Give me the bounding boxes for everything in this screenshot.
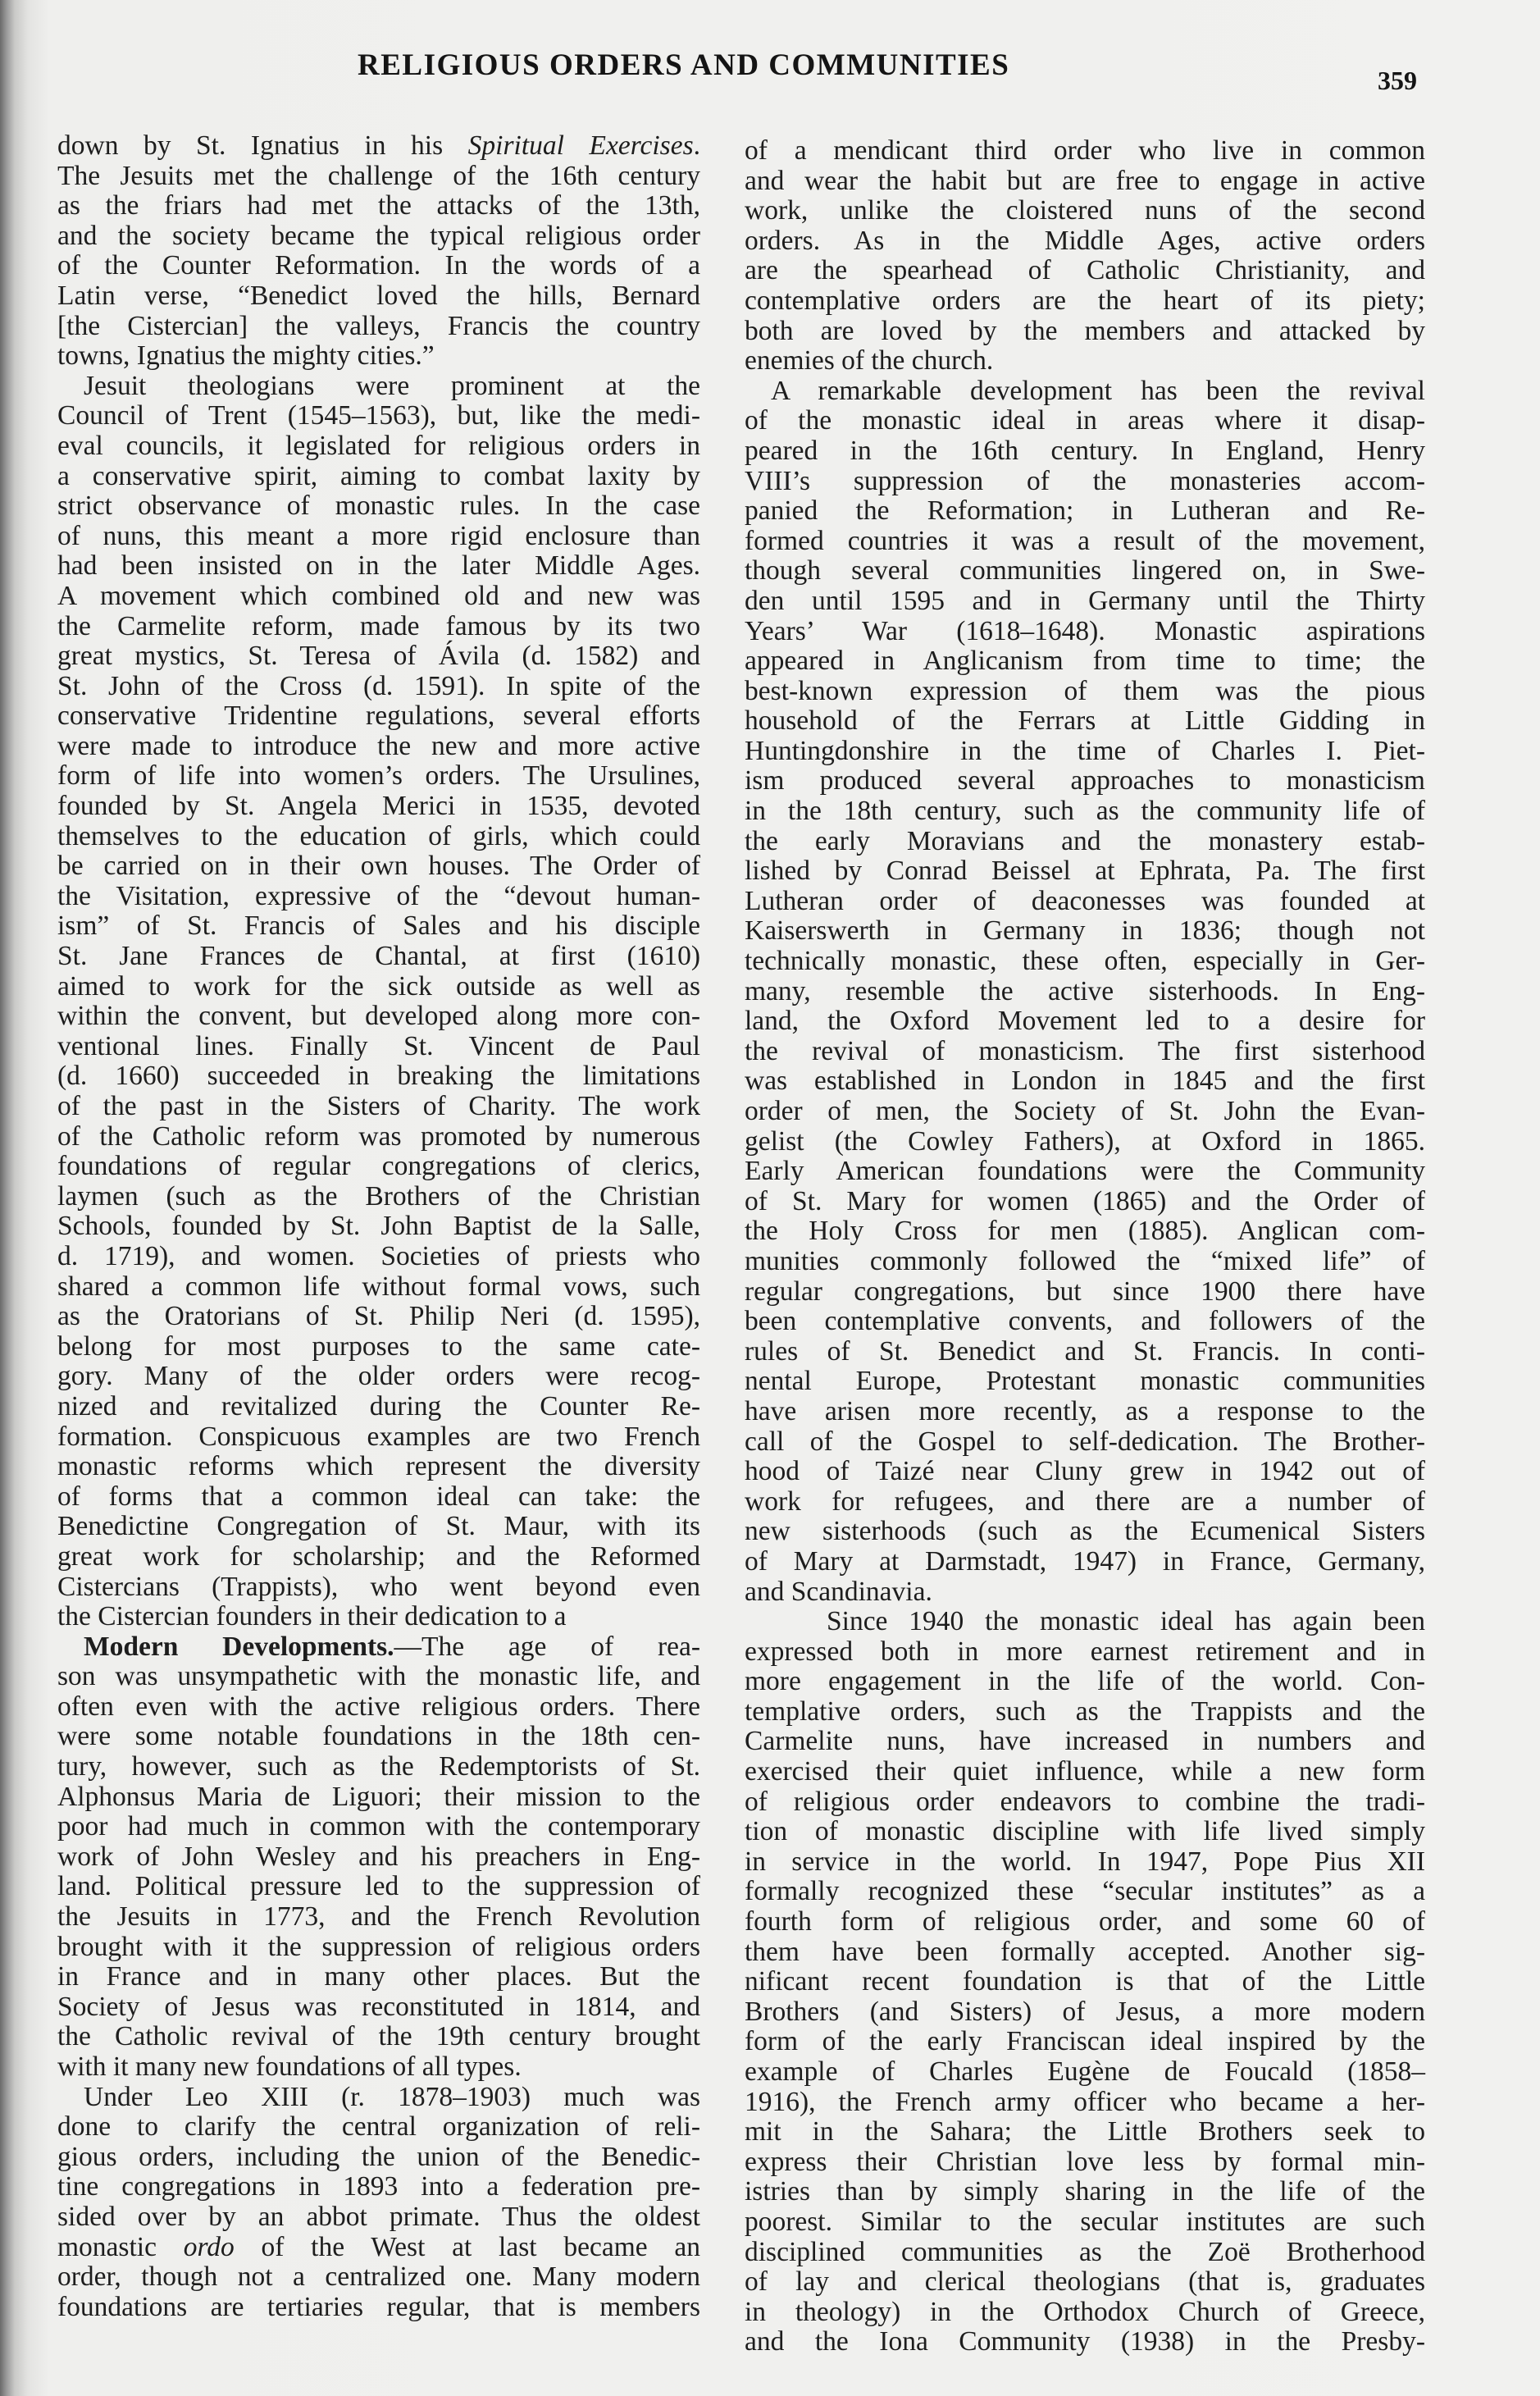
text-line: son was unsympathetic with the monastic …: [57, 1662, 700, 1692]
text-line: of lay and clerical theologians (that is…: [745, 2267, 1425, 2298]
text-line: istries than by simply sharing in the li…: [745, 2177, 1425, 2207]
text-line: Benedictine Congregation of St. Maur, wi…: [57, 1512, 700, 1542]
text-line: Schools, founded by St. John Baptist de …: [57, 1212, 700, 1242]
text-line: were made to introduce the new and more …: [57, 732, 700, 762]
text-line: been contemplative convents, and followe…: [745, 1307, 1425, 1337]
text-line: land. Political pressure led to the supp…: [57, 1872, 700, 1902]
text-line: of the Counter Reformation. In the words…: [57, 251, 700, 281]
text-line: formed countries it was a result of the …: [745, 527, 1425, 557]
text-line: appeared in Anglicanism from time to tim…: [745, 646, 1425, 677]
text-line: as the Oratorians of St. Philip Neri (d.…: [57, 1302, 700, 1332]
text-line: order of men, the Society of St. John th…: [745, 1097, 1425, 1127]
text-line: call of the Gospel to self-dedication. T…: [745, 1427, 1425, 1458]
text-line: 1916), the French army officer who becam…: [745, 2088, 1425, 2118]
text-line: foundations are tertiaries regular, that…: [57, 2293, 700, 2323]
text-line: belong for most purposes to the same cat…: [57, 1332, 700, 1362]
text-line: the Catholic revival of the 19th century…: [57, 2022, 700, 2052]
text-line: though several communities lingered on, …: [745, 556, 1425, 586]
text-line: Under Leo XIII (r. 1878–1903) much was: [57, 2083, 700, 2113]
text-line: more engagement in the life of the world…: [745, 1667, 1425, 1697]
text-line: contemplative orders are the heart of it…: [745, 286, 1425, 317]
text-line: of St. Mary for women (1865) and the Ord…: [745, 1187, 1425, 1217]
text-line: monastic ordo of the West at last became…: [57, 2233, 700, 2263]
text-line: had been insisted on in the later Middle…: [57, 551, 700, 582]
text-line: St. John of the Cross (d. 1591). In spit…: [57, 672, 700, 702]
text-line: new sisterhoods (such as the Ecumenical …: [745, 1517, 1425, 1547]
text-line: nental Europe, Protestant monastic commu…: [745, 1367, 1425, 1397]
text-line: Kaiserswerth in Germany in 1836; though …: [745, 916, 1425, 947]
text-line: example of Charles Eugène de Foucald (18…: [745, 2057, 1425, 2088]
text-line: formally recognized these “secular insti…: [745, 1877, 1425, 1907]
text-line: Lutheran order of deaconesses was founde…: [745, 887, 1425, 917]
text-line: form of the early Franciscan ideal inspi…: [745, 2027, 1425, 2057]
paragraph: Since 1940 the monastic ideal has again …: [745, 1607, 1425, 2357]
text-line: munities commonly followed the “mixed li…: [745, 1247, 1425, 1277]
text-line: land, the Oxford Movement led to a desir…: [745, 1006, 1425, 1037]
text-line: towns, Ignatius the mighty cities.”: [57, 341, 700, 372]
text-line: down by St. Ignatius in his Spiritual Ex…: [57, 131, 700, 162]
text-line: and wear the habit but are free to engag…: [745, 167, 1425, 197]
text-line: and Scandinavia.: [745, 1577, 1425, 1608]
text-line: the revival of monasticism. The first si…: [745, 1037, 1425, 1067]
text-line: Alphonsus Maria de Liguori; their missio…: [57, 1782, 700, 1813]
text-line: Latin verse, “Benedict loved the hills, …: [57, 281, 700, 312]
text-line: The Jesuits met the challenge of the 16t…: [57, 162, 700, 192]
text-line: shared a common life without formal vows…: [57, 1272, 700, 1303]
text-run: —The age of rea-: [394, 1632, 700, 1662]
paragraph: Jesuit theologians were prominent at the…: [57, 372, 700, 1632]
text-line: gelist (the Cowley Fathers), at Oxford i…: [745, 1127, 1425, 1157]
text-line: expressed both in more earnest retiremen…: [745, 1637, 1425, 1668]
text-line: of the past in the Sisters of Charity. T…: [57, 1092, 700, 1122]
text-line: founded by St. Angela Merici in 1535, de…: [57, 792, 700, 822]
text-line: gious orders, including the union of the…: [57, 2143, 700, 2173]
text-line: work for refugees, and there are a numbe…: [745, 1487, 1425, 1517]
right-column: of a mendicant third order who live in c…: [745, 136, 1425, 2357]
text-line: ism produced several approaches to monas…: [745, 766, 1425, 796]
text-line: have arisen more recently, as a response…: [745, 1397, 1425, 1427]
text-line: Modern Developments.—The age of rea-: [57, 1632, 700, 1663]
text-line: a conservative spirit, aiming to combat …: [57, 462, 700, 492]
text-line: Huntingdonshire in the time of Charles I…: [745, 737, 1425, 767]
text-run: down by St. Ignatius in his: [57, 130, 468, 161]
text-line: in France and in many other places. But …: [57, 1962, 700, 1992]
text-line: done to clarify the central organization…: [57, 2112, 700, 2143]
text-line: hood of Taizé near Cluny grew in 1942 ou…: [745, 1457, 1425, 1487]
text-line: A remarkable development has been the re…: [745, 377, 1425, 407]
text-line: Council of Trent (1545–1563), but, like …: [57, 401, 700, 431]
text-line: [the Cistercian] the valleys, Francis th…: [57, 312, 700, 342]
text-line: nized and revitalized during the Counter…: [57, 1392, 700, 1422]
text-line: poor had much in common with the contemp…: [57, 1812, 700, 1842]
text-line: form of life into women’s orders. The Ur…: [57, 761, 700, 792]
text-line: of religious order endeavors to combine …: [745, 1787, 1425, 1818]
text-line: rules of St. Benedict and St. Francis. I…: [745, 1337, 1425, 1367]
text-run: monastic: [57, 2232, 184, 2262]
text-line: gory. Many of the older orders were reco…: [57, 1362, 700, 1392]
text-line: fourth form of religious order, and some…: [745, 1907, 1425, 1937]
text-line: Years’ War (1618–1648). Monastic aspirat…: [745, 617, 1425, 647]
text-line: as the friars had met the attacks of the…: [57, 191, 700, 221]
text-line: are the spearhead of Catholic Christiani…: [745, 256, 1425, 286]
text-line: great work for scholarship; and the Refo…: [57, 1542, 700, 1572]
text-line: were some notable foundations in the 18t…: [57, 1722, 700, 1752]
text-line: be carried on in their own houses. The O…: [57, 851, 700, 882]
text-line: great mystics, St. Teresa of Ávila (d. 1…: [57, 641, 700, 672]
text-line: of a mendicant third order who live in c…: [745, 136, 1425, 167]
text-line: Since 1940 the monastic ideal has again …: [745, 1607, 1425, 1637]
paragraph: Modern Developments.—The age of rea- son…: [57, 1632, 700, 2083]
text-line: both are loved by the members and attack…: [745, 317, 1425, 347]
text-line: regular congregations, but since 1900 th…: [745, 1277, 1425, 1308]
text-line: A movement which combined old and new wa…: [57, 582, 700, 612]
text-run: of the West at last became an: [235, 2232, 700, 2262]
text-line: Early American foundations were the Comm…: [745, 1157, 1425, 1187]
text-line: in theology) in the Orthodox Church of G…: [745, 2298, 1425, 2328]
text-line: d. 1719), and women. Societies of priest…: [57, 1242, 700, 1272]
text-line: themselves to the education of girls, wh…: [57, 822, 700, 852]
text-line: of forms that a common ideal can take: t…: [57, 1482, 700, 1513]
text-line: conservative Tridentine regulations, sev…: [57, 701, 700, 732]
text-line: tury, however, such as the Redemptorists…: [57, 1752, 700, 1782]
text-line: ventional lines. Finally St. Vincent de …: [57, 1032, 700, 1062]
text-line: and the Iona Community (1938) in the Pre…: [745, 2327, 1425, 2357]
text-line: templative orders, such as the Trappists…: [745, 1697, 1425, 1727]
text-line: disciplined communities as the Zoë Broth…: [745, 2238, 1425, 2268]
text-line: Jesuit theologians were prominent at the: [57, 372, 700, 402]
text-line: Society of Jesus was reconstituted in 18…: [57, 1992, 700, 2023]
text-line: sided over by an abbot primate. Thus the…: [57, 2202, 700, 2233]
text-line: tine congregations in 1893 into a federa…: [57, 2172, 700, 2202]
paragraph: Under Leo XIII (r. 1878–1903) much was d…: [57, 2083, 700, 2323]
text-line: panied the Reformation; in Lutheran and …: [745, 496, 1425, 527]
book-page: RELIGIOUS ORDERS AND COMMUNITIES 359 dow…: [0, 0, 1540, 2396]
text-line: foundations of regular congregations of …: [57, 1152, 700, 1182]
text-line: mit in the Sahara; the Little Brothers s…: [745, 2117, 1425, 2147]
text-line: exercised their quiet influence, while a…: [745, 1757, 1425, 1787]
text-line: of the monastic ideal in areas where it …: [745, 406, 1425, 436]
text-line: was established in London in 1845 and th…: [745, 1066, 1425, 1097]
text-line: work, unlike the cloistered nuns of the …: [745, 196, 1425, 226]
text-line: of the Catholic reform was promoted by n…: [57, 1122, 700, 1152]
text-line: poorest. Similar to the secular institut…: [745, 2207, 1425, 2238]
running-title: RELIGIOUS ORDERS AND COMMUNITIES: [358, 48, 1009, 83]
text-line: Cistercians (Trappists), who went beyond…: [57, 1572, 700, 1603]
latin-term-italic: ordo: [184, 2232, 235, 2262]
text-line: work of John Wesley and his preachers in…: [57, 1842, 700, 1873]
text-line: many, resemble the active sisterhoods. I…: [745, 977, 1425, 1007]
text-line: monastic reforms which represent the div…: [57, 1452, 700, 1482]
text-line: order, though not a centralized one. Man…: [57, 2262, 700, 2293]
text-line: express their Christian love less by for…: [745, 2147, 1425, 2178]
text-line: the Cistercian founders in their dedicat…: [57, 1602, 700, 1632]
text-line: in service in the world. In 1947, Pope P…: [745, 1847, 1425, 1878]
text-line: den until 1595 and in Germany until the …: [745, 586, 1425, 617]
paragraph: down by St. Ignatius in his Spiritual Ex…: [57, 131, 700, 372]
text-line: best-known expression of them was the pi…: [745, 677, 1425, 707]
text-line: in the 18th century, such as the communi…: [745, 796, 1425, 827]
text-line: the early Moravians and the monastery es…: [745, 827, 1425, 857]
text-line: nificant recent foundation is that of th…: [745, 1967, 1425, 1997]
text-line: peared in the 16th century. In England, …: [745, 436, 1425, 467]
text-line: (d. 1660) succeeded in breaking the limi…: [57, 1061, 700, 1092]
text-line: Brothers (and Sisters) of Jesus, a more …: [745, 1997, 1425, 2028]
text-line: them have been formally accepted. Anothe…: [745, 1937, 1425, 1968]
text-line: enemies of the church.: [745, 346, 1425, 377]
left-column: down by St. Ignatius in his Spiritual Ex…: [57, 131, 700, 2322]
text-run: .: [694, 130, 700, 161]
text-line: within the convent, but developed along …: [57, 1002, 700, 1032]
text-line: brought with it the suppression of relig…: [57, 1933, 700, 1963]
paragraph: of a mendicant third order who live in c…: [745, 136, 1425, 377]
text-line: household of the Ferrars at Little Giddi…: [745, 706, 1425, 737]
text-line: Carmelite nuns, have increased in number…: [745, 1727, 1425, 1757]
text-line: often even with the active religious ord…: [57, 1692, 700, 1723]
text-line: ism” of St. Francis of Sales and his dis…: [57, 911, 700, 942]
page-number: 359: [1378, 66, 1417, 96]
text-line: of Mary at Darmstadt, 1947) in France, G…: [745, 1547, 1425, 1577]
text-line: lished by Conrad Beissel at Ephrata, Pa.…: [745, 856, 1425, 887]
text-line: eval councils, it legislated for religio…: [57, 431, 700, 462]
text-line: orders. As in the Middle Ages, active or…: [745, 226, 1425, 257]
text-line: laymen (such as the Brothers of the Chri…: [57, 1182, 700, 1212]
text-line: and the society became the typical relig…: [57, 221, 700, 252]
text-line: the Visitation, expressive of the “devou…: [57, 882, 700, 912]
paragraph: A remarkable development has been the re…: [745, 377, 1425, 1607]
text-line: the Holy Cross for men (1885). Anglican …: [745, 1216, 1425, 1247]
text-line: technically monastic, these often, espec…: [745, 947, 1425, 977]
text-line: St. Jane Frances de Chantal, at first (1…: [57, 942, 700, 972]
text-line: with it many new foundations of all type…: [57, 2052, 700, 2083]
section-heading: Modern Developments.: [84, 1632, 394, 1662]
text-line: aimed to work for the sick outside as we…: [57, 972, 700, 1002]
text-line: the Carmelite reform, made famous by its…: [57, 612, 700, 642]
text-line: the Jesuits in 1773, and the French Revo…: [57, 1902, 700, 1933]
book-title-italic: Spiritual Exercises: [468, 130, 694, 161]
text-line: of nuns, this meant a more rigid enclosu…: [57, 522, 700, 552]
text-line: strict observance of monastic rules. In …: [57, 491, 700, 522]
text-line: tion of monastic discipline with life li…: [745, 1817, 1425, 1847]
text-line: VIII’s suppression of the monasteries ac…: [745, 467, 1425, 497]
text-line: formation. Conspicuous examples are two …: [57, 1422, 700, 1453]
